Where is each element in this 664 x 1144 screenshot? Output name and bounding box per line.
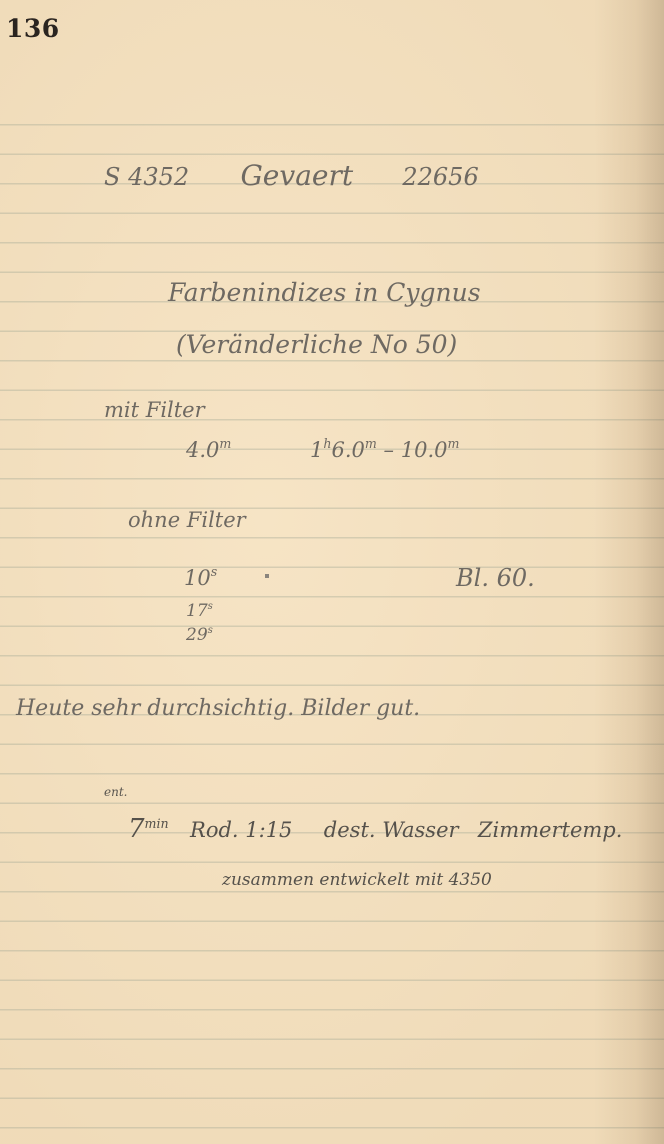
grid-horizontal-lines — [0, 124, 664, 1144]
exposure-3-unit: s — [208, 625, 213, 636]
time-end-unit: m — [448, 436, 460, 451]
time-start-minutes-unit: m — [365, 436, 377, 451]
without-filter-exposure-3: 29s — [186, 626, 213, 644]
without-filter-note: Bl. 60. — [456, 566, 535, 590]
without-filter-exposure-1: 10s — [184, 566, 217, 589]
exposure-unit: m — [219, 436, 231, 451]
page-number: 136 — [6, 14, 60, 43]
development-duration-unit: min — [145, 816, 169, 831]
time-separator: – — [384, 438, 395, 462]
time-hours-unit: h — [323, 436, 331, 451]
emulsion-name: Gevaert — [240, 159, 353, 192]
without-filter-label: ohne Filter — [128, 510, 246, 531]
exposure-3-value: 29 — [186, 625, 208, 645]
without-filter-exposure-2: 17s — [186, 602, 213, 620]
spine-shadow — [594, 0, 664, 1144]
with-filter-time-range: 1h6.0m – 10.0m — [310, 438, 459, 461]
plate-id: S 4352 — [104, 163, 189, 191]
plate-line: S 4352 Gevaert 22656 — [104, 162, 479, 190]
time-end: 10.0 — [401, 438, 448, 462]
ink-dot — [265, 574, 269, 578]
exposure-value: 4.0 — [186, 438, 219, 462]
temperature: Zimmertemp. — [478, 818, 623, 842]
footnote-line: zusammen entwickelt mit 4350 — [222, 872, 492, 889]
time-hours: 1 — [310, 438, 323, 462]
exposure-2-unit: s — [208, 601, 213, 612]
development-duration: 7 — [128, 814, 145, 844]
development-superscript-note: ent. — [104, 786, 127, 798]
water: dest. Wasser — [324, 818, 459, 842]
development-line: 7min Rod. 1:15 dest. Wasser Zimmertemp. — [128, 816, 622, 842]
exposure-1-unit: s — [211, 564, 217, 579]
with-filter-label: mit Filter — [104, 400, 205, 421]
developer: Rod. 1:15 — [190, 818, 292, 842]
exposure-2-value: 17 — [186, 601, 208, 621]
exposure-1-value: 10 — [184, 566, 211, 590]
time-start-minutes: 6.0 — [332, 438, 365, 462]
notebook-page: 136 S 4352 Gevaert 22656 Farbenindizes i… — [0, 0, 664, 1144]
remark-line: Heute sehr durchsichtig. Bilder gut. — [16, 698, 420, 720]
with-filter-exposure: 4.0m — [186, 438, 231, 461]
emulsion-number: 22656 — [402, 163, 478, 191]
title-line-1: Farbenindizes in Cygnus — [168, 280, 481, 305]
title-line-2: (Veränderliche No 50) — [176, 332, 457, 357]
